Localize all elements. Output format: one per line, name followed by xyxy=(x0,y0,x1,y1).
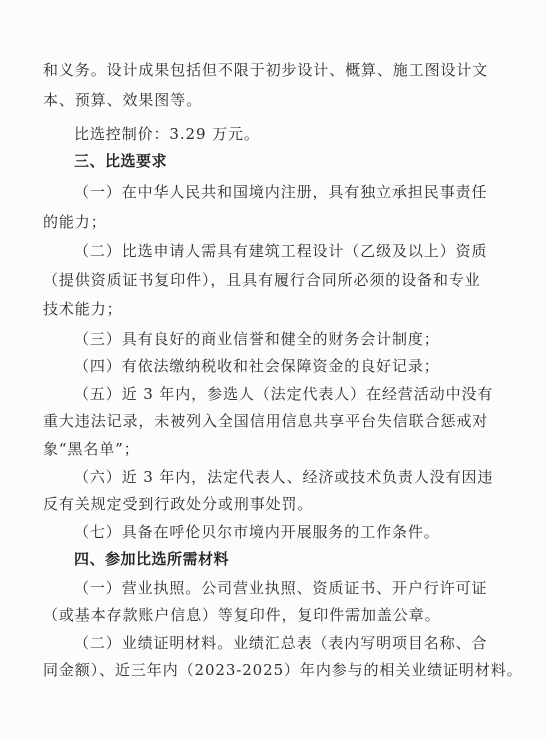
text-line: （或基本存款账户信息）等复印件，复印件需加盖公章。 xyxy=(43,605,461,625)
text-line: （二）比选申请人需具有建筑工程设计（乙级及以上）资质 xyxy=(74,241,461,261)
text-line: 的能力； xyxy=(43,212,461,232)
text-line: （提供资质证书复印件），且具有履行合同所必须的设备和专业 xyxy=(43,270,461,290)
document-page: 和义务。设计成果包括但不限于初步设计、概算、施工图设计文本、预算、效果图等。比选… xyxy=(0,0,546,740)
section-heading: 四、参加比选所需材料 xyxy=(74,549,461,569)
text-line: 比选控制价：3.29 万元。 xyxy=(74,124,461,144)
text-line: 同金额）、近三年内（2023-2025）年内参与的相关业绩证明材料。 xyxy=(43,660,461,680)
text-line: 反有关规定受到行政处分或刑事处罚。 xyxy=(43,494,461,514)
text-line: （七）具备在呼伦贝尔市境内开展服务的工作条件。 xyxy=(74,522,461,542)
text-line: 和义务。设计成果包括但不限于初步设计、概算、施工图设计文 xyxy=(43,60,461,80)
text-line: 重大违法记录，未被列入全国信用信息共享平台失信联合惩戒对 xyxy=(43,411,461,431)
text-line: 象“黑名单”； xyxy=(43,439,461,459)
text-line: 技术能力； xyxy=(43,299,461,319)
text-line: （二）业绩证明材料。业绩汇总表（表内写明项目名称、合 xyxy=(74,633,461,653)
text-line: 本、预算、效果图等。 xyxy=(43,90,461,110)
text-line: （三）具有良好的商业信誉和健全的财务会计制度； xyxy=(74,329,461,349)
text-line: （一）在中华人民共和国境内注册，具有独立承担民事责任 xyxy=(74,182,461,202)
text-line: （四）有依法缴纳税收和社会保障资金的良好记录； xyxy=(74,356,461,376)
text-line: （六）近 3 年内，法定代表人、经济或技术负责人没有因违 xyxy=(74,467,461,487)
section-heading: 三、比选要求 xyxy=(74,151,461,171)
text-line: （一）营业执照。公司营业执照、资质证书、开户行许可证 xyxy=(74,578,461,598)
text-line: （五）近 3 年内，参选人（法定代表人）在经营活动中没有 xyxy=(74,384,461,404)
